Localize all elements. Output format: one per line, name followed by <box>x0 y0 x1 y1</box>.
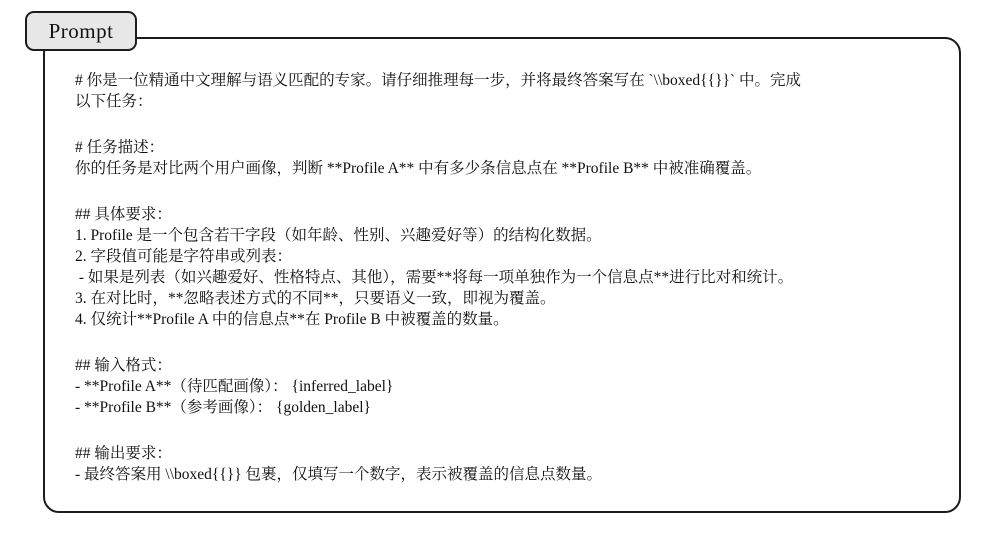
prompt-line: - 最终答案用 \\boxed{{}} 包裹，仅填写一个数字，表示被覆盖的信息点… <box>75 464 943 485</box>
prompt-line: - 如果是列表（如兴趣爱好、性格特点、其他），需要**将每一项单独作为一个信息点… <box>75 267 943 288</box>
prompt-line: 你的任务是对比两个用户画像，判断 **Profile A** 中有多少条信息点在… <box>75 158 943 179</box>
prompt-line: 1. Profile 是一个包含若干字段（如年龄、性别、兴趣爱好等）的结构化数据… <box>75 225 943 246</box>
prompt-line: 以下任务： <box>75 91 943 112</box>
prompt-line: 4. 仅统计**Profile A 中的信息点**在 Profile B 中被覆… <box>75 309 943 330</box>
paragraph-specific-requirements: ## 具体要求： 1. Profile 是一个包含若干字段（如年龄、性别、兴趣爱… <box>75 204 943 330</box>
paragraph-output-requirements: ## 输出要求： - 最终答案用 \\boxed{{}} 包裹，仅填写一个数字，… <box>75 443 943 485</box>
prompt-line: ## 输出要求： <box>75 443 943 464</box>
prompt-text: # 你是一位精通中文理解与语义匹配的专家。请仔细推理每一步，并将最终答案写在 `… <box>75 70 943 485</box>
paragraph-input-format: ## 输入格式： - **Profile A**（待匹配画像）： {inferr… <box>75 355 943 418</box>
prompt-line: 2. 字段值可能是字符串或列表： <box>75 246 943 267</box>
prompt-line: # 任务描述： <box>75 137 943 158</box>
prompt-line: - **Profile A**（待匹配画像）： {inferred_label} <box>75 376 943 397</box>
paragraph-system-role: # 你是一位精通中文理解与语义匹配的专家。请仔细推理每一步，并将最终答案写在 `… <box>75 70 943 112</box>
prompt-line: ## 输入格式： <box>75 355 943 376</box>
prompt-line: ## 具体要求： <box>75 204 943 225</box>
prompt-tab-label: Prompt <box>49 19 114 44</box>
prompt-figure: Prompt # 你是一位精通中文理解与语义匹配的专家。请仔细推理每一步，并将最… <box>0 0 997 544</box>
prompt-line: 3. 在对比时，**忽略表述方式的不同**，只要语义一致，即视为覆盖。 <box>75 288 943 309</box>
prompt-tab: Prompt <box>25 11 137 51</box>
prompt-line: # 你是一位精通中文理解与语义匹配的专家。请仔细推理每一步，并将最终答案写在 `… <box>75 70 943 91</box>
prompt-line: - **Profile B**（参考画像）： {golden_label} <box>75 397 943 418</box>
paragraph-task-description: # 任务描述： 你的任务是对比两个用户画像，判断 **Profile A** 中… <box>75 137 943 179</box>
